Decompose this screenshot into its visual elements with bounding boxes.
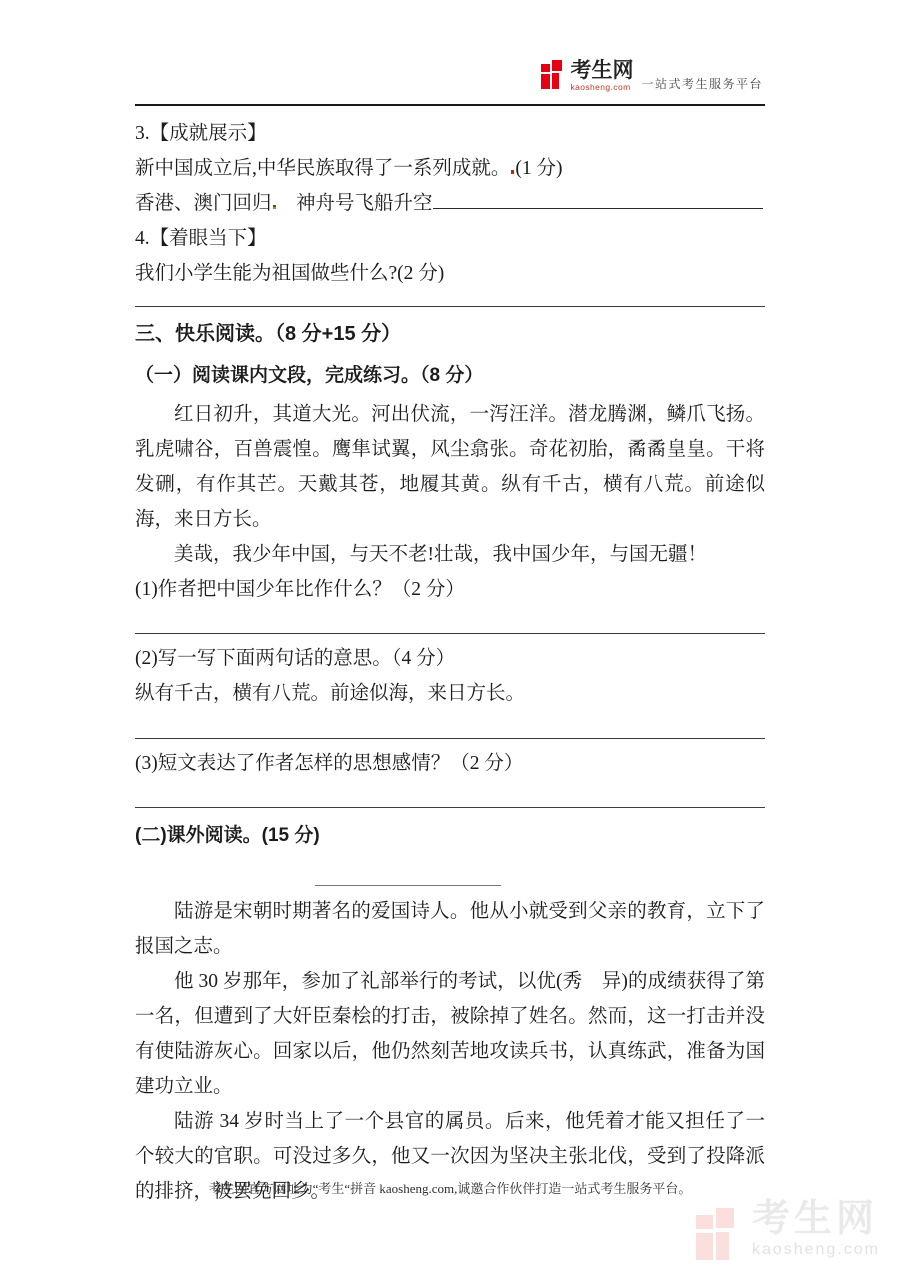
- section-3-title: 三、快乐阅读。（8 分+15 分）: [135, 313, 765, 355]
- answer-blank-line: [135, 291, 765, 307]
- answer-blank-line: [135, 781, 765, 808]
- exam-page-content: 3.【成就展示】 新中国成立后,中华民族取得了一系列成就。(1 分) 香港、澳门…: [135, 116, 765, 1209]
- part1-question-1: (1)作者把中国少年比作什么？（2 分）: [135, 572, 765, 607]
- logo-domain-text: kaosheng.com: [570, 83, 633, 92]
- passage-title-blank-line: [315, 873, 501, 886]
- answer-blank-line: [135, 607, 765, 634]
- question-3-label: 3.【成就展示】: [135, 116, 765, 151]
- part-2-title: (二)课外阅读。(15 分): [135, 815, 765, 857]
- page-footer-note: 考生网官方网址为“考生“拼音 kaosheng.com,诚邀合作伙伴打造一站式考…: [135, 1178, 765, 1197]
- question-3-prompt: 新中国成立后,中华民族取得了一系列成就。(1 分): [135, 151, 765, 186]
- kaosheng-logo-icon: [541, 60, 565, 92]
- mark-artifact-dot: [511, 170, 514, 174]
- reading-passage-para-2: 美哉，我少年中国，与天不老!壮哉，我中国少年，与国无疆！: [135, 537, 765, 572]
- kaosheng-logo: 考生网 kaosheng.com 一站式考生服务平台: [541, 60, 763, 92]
- kaosheng-watermark-icon: [696, 1208, 740, 1264]
- page-header: 考生网 kaosheng.com 一站式考生服务平台: [541, 60, 763, 92]
- mark-artifact-dot: [273, 205, 276, 209]
- kaosheng-watermark: 考生网 kaosheng.com: [696, 1200, 880, 1264]
- header-divider: [135, 104, 765, 106]
- part-1-title: （一）阅读课内文段，完成练习。（8 分）: [135, 355, 765, 397]
- logo-brand-name: 考生网: [570, 60, 633, 81]
- watermark-domain-text: kaosheng.com: [752, 1242, 880, 1258]
- reading-passage-para-1: 红日初升，其道大光。河出伏流，一泻汪洋。潜龙腾渊，鳞爪飞扬。乳虎啸谷，百兽震惶。…: [135, 397, 765, 537]
- part1-question-2-quote: 纵有千古，横有八荒。前途似海，来日方长。: [135, 676, 765, 711]
- part2-paragraph-2: 他 30 岁那年，参加了礼部举行的考试，以优(秀 异)的成绩获得了第一名，但遭到…: [135, 964, 765, 1104]
- logo-tagline: 一站式考生服务平台: [641, 75, 763, 92]
- part1-question-2: (2)写一写下面两句话的意思。（4 分）: [135, 641, 765, 676]
- watermark-brand-name: 考生网: [752, 1200, 880, 1238]
- question-4-label: 4.【着眼当下】: [135, 221, 765, 256]
- part2-paragraph-1: 陆游是宋朝时期著名的爱国诗人。他从小就受到父亲的教育，立下了报国之志。: [135, 894, 765, 964]
- part1-question-3: (3)短文表达了作者怎样的思想感情？（2 分）: [135, 746, 765, 781]
- answer-blank-line: [135, 711, 765, 739]
- question-3-answer-line: 香港、澳门回归 神舟号飞船升空: [135, 186, 765, 221]
- answer-blank-inline: [433, 189, 763, 210]
- question-4-prompt: 我们小学生能为祖国做些什么?(2 分): [135, 256, 765, 291]
